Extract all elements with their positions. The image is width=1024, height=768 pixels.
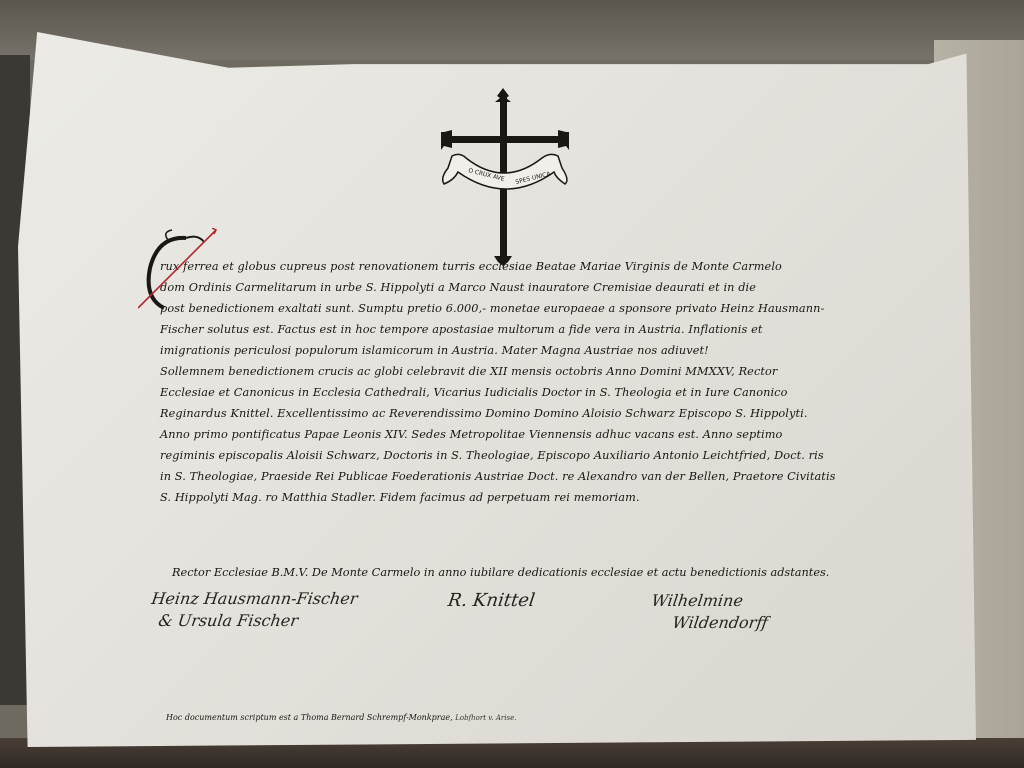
text-line: Reginardus Knittel. Excellentissimo ac R… — [160, 403, 858, 424]
cross-icon: O CRUX AVE SPES UNICA — [430, 88, 580, 266]
text-line: rux ferrea et globus cupreus post renova… — [160, 256, 858, 277]
footer-text: Hoc documentum scriptum est a Thoma Bern… — [166, 713, 453, 722]
background-fabric-top — [0, 0, 1024, 60]
text-line: dom Ordinis Carmelitarum in urbe S. Hipp… — [160, 277, 858, 298]
text-line: Fischer solutus est. Factus est in hoc t… — [160, 319, 858, 340]
witness-line: Rector Ecclesiae B.M.V. De Monte Carmelo… — [172, 566, 892, 579]
text-line: Anno primo pontificatus Papae Leonis XIV… — [160, 424, 858, 445]
text-line: Sollemnem benedictionem crucis ac globi … — [160, 361, 858, 382]
text-line: in S. Theologiae, Praeside Rei Publicae … — [160, 466, 858, 487]
certificate-body: rux ferrea et globus cupreus post renova… — [148, 256, 858, 508]
text-line: S. Hippolyti Mag. ro Matthia Stadler. Fi… — [160, 487, 858, 508]
text-line: post benedictionem exaltati sunt. Sumptu… — [160, 298, 858, 319]
signature-hausmann-fischer: Heinz Hausmann-Fischer & Ursula Fischer — [147, 588, 359, 632]
paragraph-2: Sollemnem benedictionem crucis ac globi … — [148, 361, 858, 508]
paragraph-1: rux ferrea et globus cupreus post renova… — [148, 256, 858, 361]
text-line: Ecclesiae et Canonicus in Ecclesia Cathe… — [160, 382, 858, 403]
footer-place: Lobfhort v. Arise. — [455, 714, 516, 722]
illuminated-initial-c — [138, 228, 218, 318]
signature-wildendorff: Wilhelmine Wildendorff — [647, 590, 772, 634]
scribe-footer: Hoc documentum scriptum est a Thoma Bern… — [166, 713, 516, 722]
signature-knittel: R. Knittel — [446, 590, 536, 612]
text-line: imigrationis periculosi populorum islami… — [160, 340, 858, 361]
text-line: regiminis episcopalis Aloisii Schwarz, D… — [160, 445, 858, 466]
